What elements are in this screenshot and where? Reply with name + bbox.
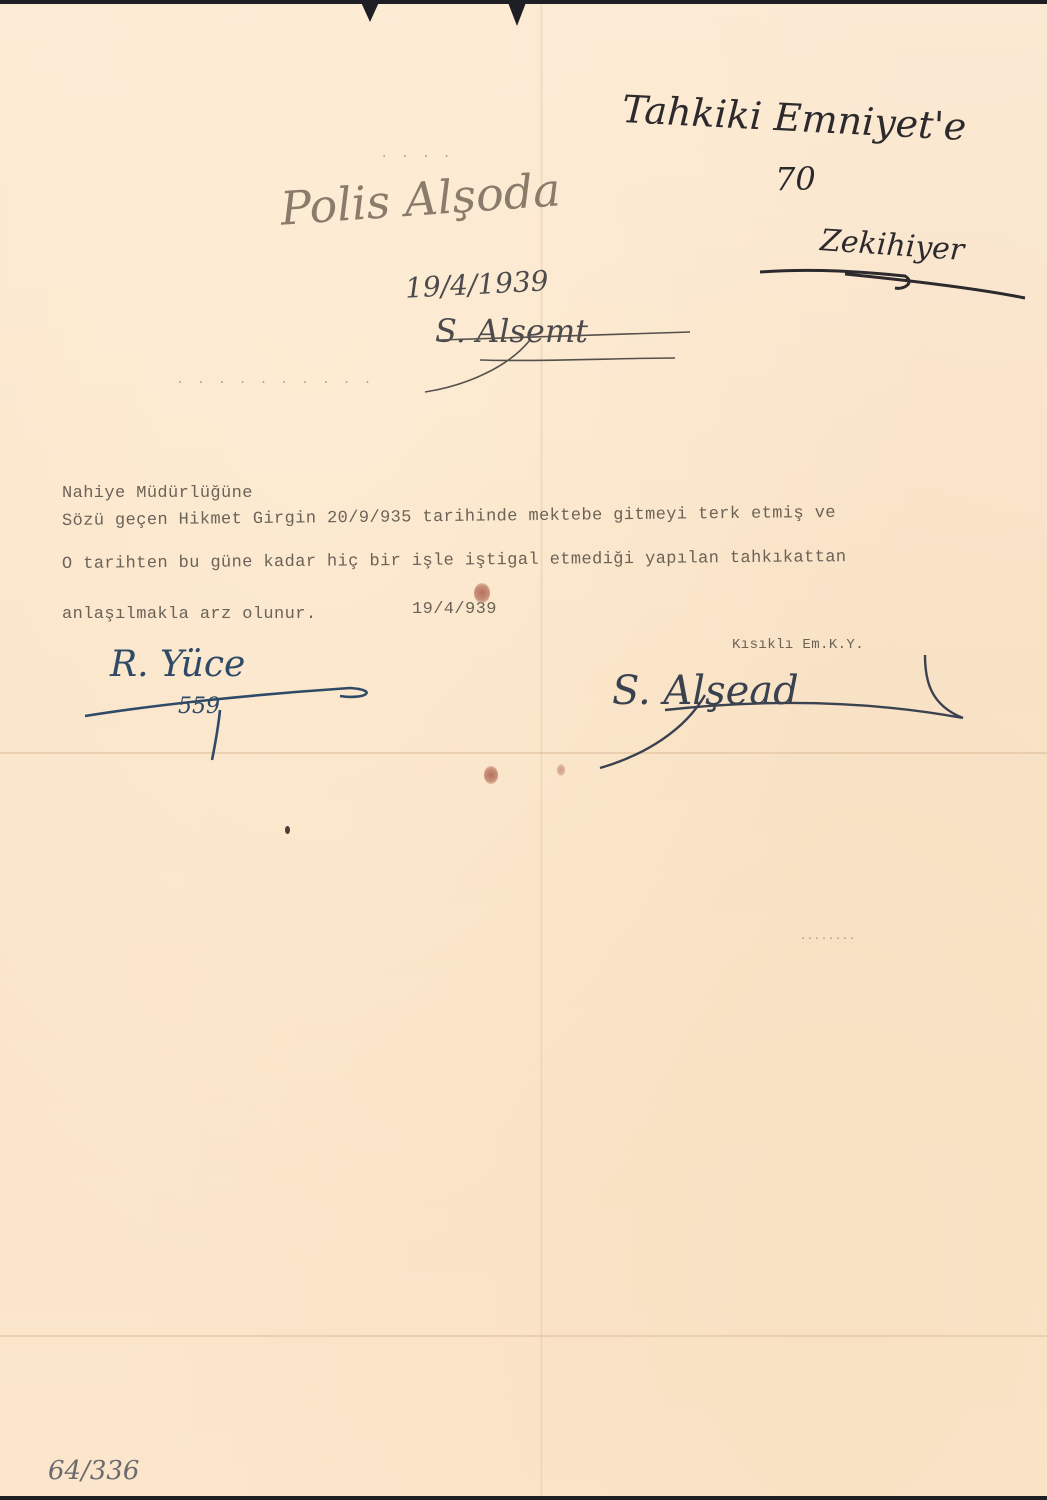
archive-number: 64/336 — [48, 1456, 139, 1486]
faint-typewriter-marks: . . . . . . . . . . — [176, 372, 374, 388]
torn-edge — [360, 0, 380, 22]
paper-fold-vertical — [540, 4, 543, 1496]
body-date: 19/4/939 — [412, 600, 497, 619]
body-line-3: anlaşılmakla arz olunur. — [62, 605, 316, 624]
ink-stain — [557, 764, 565, 776]
ink-stain — [474, 583, 490, 603]
ink-stain — [484, 766, 498, 784]
signature-flourish — [420, 320, 710, 400]
faint-typewriter-marks: ........ — [800, 932, 856, 943]
left-signature: R. Yüce — [110, 644, 245, 685]
right-signature-flourish — [595, 650, 975, 780]
addressee: Nahiye Müdürlüğüne — [62, 484, 253, 503]
ink-speck — [285, 826, 290, 834]
signature-underline — [755, 260, 1035, 310]
handwritten-annotation-number: 70 — [775, 160, 816, 198]
left-signature-flourish — [80, 680, 380, 770]
torn-edge — [507, 0, 527, 26]
paper-fold-horizontal-lower — [0, 1335, 1047, 1337]
faint-typewriter-marks: . . . . — [380, 146, 453, 162]
